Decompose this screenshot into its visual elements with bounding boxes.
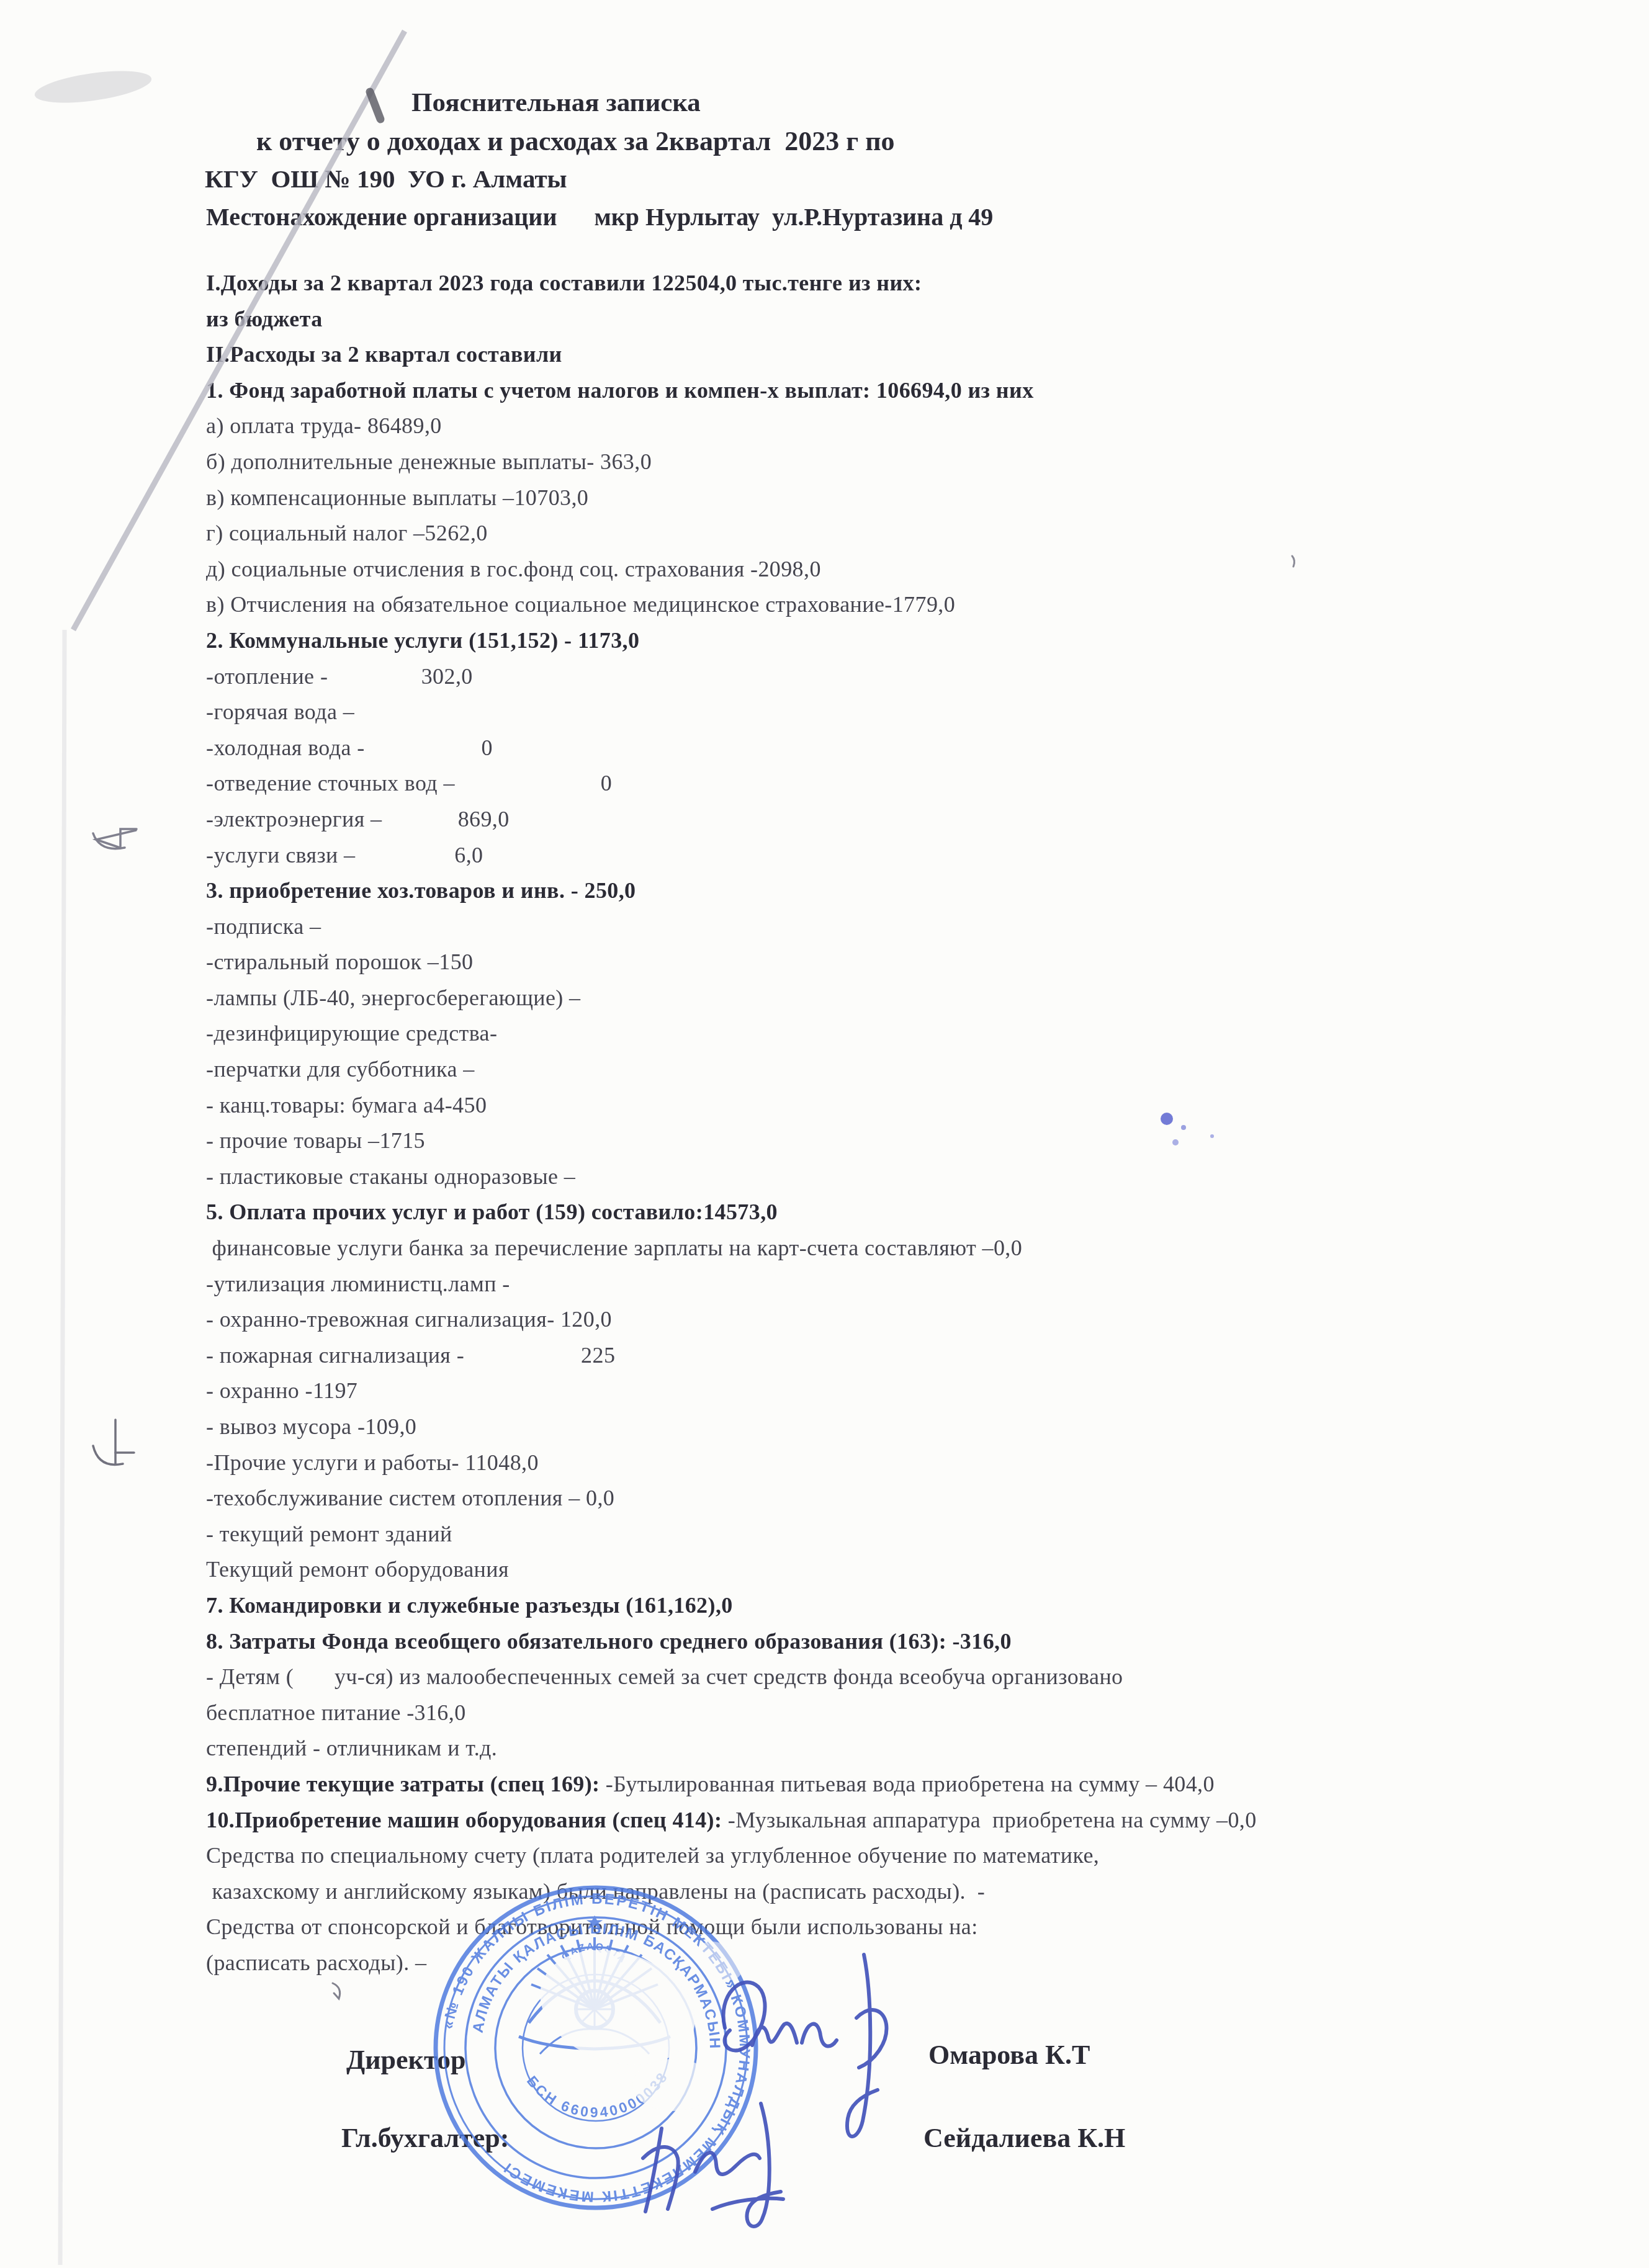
doc-line: -отведение сточных вод – 0 — [206, 766, 1257, 802]
doc-line: из бюджета — [206, 302, 1257, 338]
doc-line: - текущий ремонт зданий — [206, 1517, 1257, 1553]
doc-line: Текущий ремонт оборудования — [206, 1552, 1257, 1588]
accountant-name: Сейдалиева К.Н — [923, 2122, 1125, 2154]
doc-line: 2. Коммунальные услуги (151,152) - 1173,… — [206, 623, 1257, 659]
doc-line: -холодная вода - 0 — [206, 730, 1257, 766]
organization-name: КГУ ОШ № 190 УО г. Алматы — [205, 165, 567, 193]
doc-line: степендий - отличникам и т.д. — [206, 1731, 1257, 1767]
doc-line: - Детям ( уч-ся) из малообеспеченных сем… — [206, 1659, 1257, 1695]
scanned-document-page: Пояснительная записка к отчету о доходах… — [0, 0, 1649, 2268]
document-body: I.Доходы за 2 квартал 2023 года составил… — [206, 266, 1257, 1981]
doc-line: - охранно -1197 — [206, 1373, 1257, 1409]
pen-mark-anchor — [93, 1420, 134, 1464]
doc-line: -утилизация люминистц.ламп - — [206, 1266, 1257, 1302]
pen-mark-flag — [93, 829, 137, 849]
doc-line: казахскому и английскому языкам) были на… — [206, 1874, 1257, 1910]
doc-line: -лампы (ЛБ-40, энергосберегающие) – — [206, 980, 1257, 1016]
stamp-bsn-text: БСН 660940000038 — [524, 2068, 672, 2120]
director-name: Омарова К.Т — [928, 2039, 1090, 2071]
doc-line: -услуги связи – 6,0 — [206, 838, 1257, 874]
doc-line: в) Отчисления на обязательное социальное… — [206, 587, 1257, 623]
doc-line: -электроэнергия – 869,0 — [206, 802, 1257, 838]
doc-line: -техобслуживание систем отопления – 0,0 — [206, 1481, 1257, 1517]
doc-line: - вывоз мусора -109,0 — [206, 1409, 1257, 1445]
doc-line: -дезинфицирующие средства- — [206, 1016, 1257, 1052]
doc-line: г) социальный налог –5262,0 — [206, 516, 1257, 552]
doc-line: -стиральный порошок –150 — [206, 944, 1257, 980]
doc-line: 8. Затраты Фонда всеобщего обязательного… — [206, 1624, 1257, 1660]
doc-subtitle: к отчету о доходах и расходах за 2кварта… — [256, 127, 895, 156]
doc-line: - канц.товары: бумага а4-450 — [206, 1088, 1257, 1124]
doc-line: II.Расходы за 2 квартал составили — [206, 337, 1257, 373]
doc-line: 1. Фонд заработной платы с учетом налого… — [206, 373, 1257, 409]
doc-line: в) компенсационные выплаты –10703,0 — [206, 480, 1257, 516]
doc-line: 10.Приобретение машин оборудования (спец… — [206, 1803, 1257, 1839]
doc-line: финансовые услуги банка за перечисление … — [206, 1230, 1257, 1266]
doc-line: -Прочие услуги и работы- 11048,0 — [206, 1445, 1257, 1481]
doc-line: бесплатное питание -316,0 — [206, 1695, 1257, 1731]
doc-line: б) дополнительные денежные выплаты- 363,… — [206, 444, 1257, 480]
accountant-label: Гл.бухгалтер: — [341, 2122, 509, 2154]
doc-line: - пластиковые стаканы одноразовые – — [206, 1159, 1257, 1195]
doc-line: 3. приобретение хоз.товаров и инв. - 250… — [206, 873, 1257, 909]
pen-mark-comma — [1292, 556, 1295, 567]
doc-line: -горячая вода – — [206, 694, 1257, 730]
director-signature — [724, 1955, 887, 2136]
doc-line: I.Доходы за 2 квартал 2023 года составил… — [206, 266, 1257, 302]
doc-line: Средства по специальному счету (плата ро… — [206, 1838, 1257, 1874]
svg-text:БСН 660940000038: БСН 660940000038 — [524, 2068, 672, 2120]
doc-line: Средства от спонсорской и благотворитель… — [206, 1909, 1257, 1945]
doc-line: -перчатки для субботника – — [206, 1052, 1257, 1088]
doc-line: - охранно-тревожная сигнализация- 120,0 — [206, 1302, 1257, 1338]
doc-title: Пояснительная записка — [411, 88, 701, 117]
organization-location: Местонахождение организации мкр Нурлытау… — [206, 204, 993, 231]
director-label: Директор — [346, 2044, 465, 2076]
doc-line: 5. Оплата прочих услуг и работ (159) сос… — [206, 1195, 1257, 1230]
pen-mark-tick — [333, 1983, 340, 1999]
doc-line: д) социальные отчисления в гос.фонд соц.… — [206, 552, 1257, 588]
doc-line: -подписка – — [206, 909, 1257, 945]
doc-line: - пожарная сигнализация - 225 — [206, 1338, 1257, 1374]
doc-line: -отопление - 302,0 — [206, 659, 1257, 695]
doc-line: (расписать расходы). – — [206, 1945, 1257, 1981]
doc-line: 9.Прочие текущие затраты (спец 169): -Бу… — [206, 1767, 1257, 1803]
doc-line: - прочие товары –1715 — [206, 1123, 1257, 1159]
accountant-signature — [643, 2104, 783, 2226]
doc-line: а) оплата труда- 86489,0 — [206, 408, 1257, 444]
doc-line: 7. Командировки и служебные разъезды (16… — [206, 1588, 1257, 1624]
